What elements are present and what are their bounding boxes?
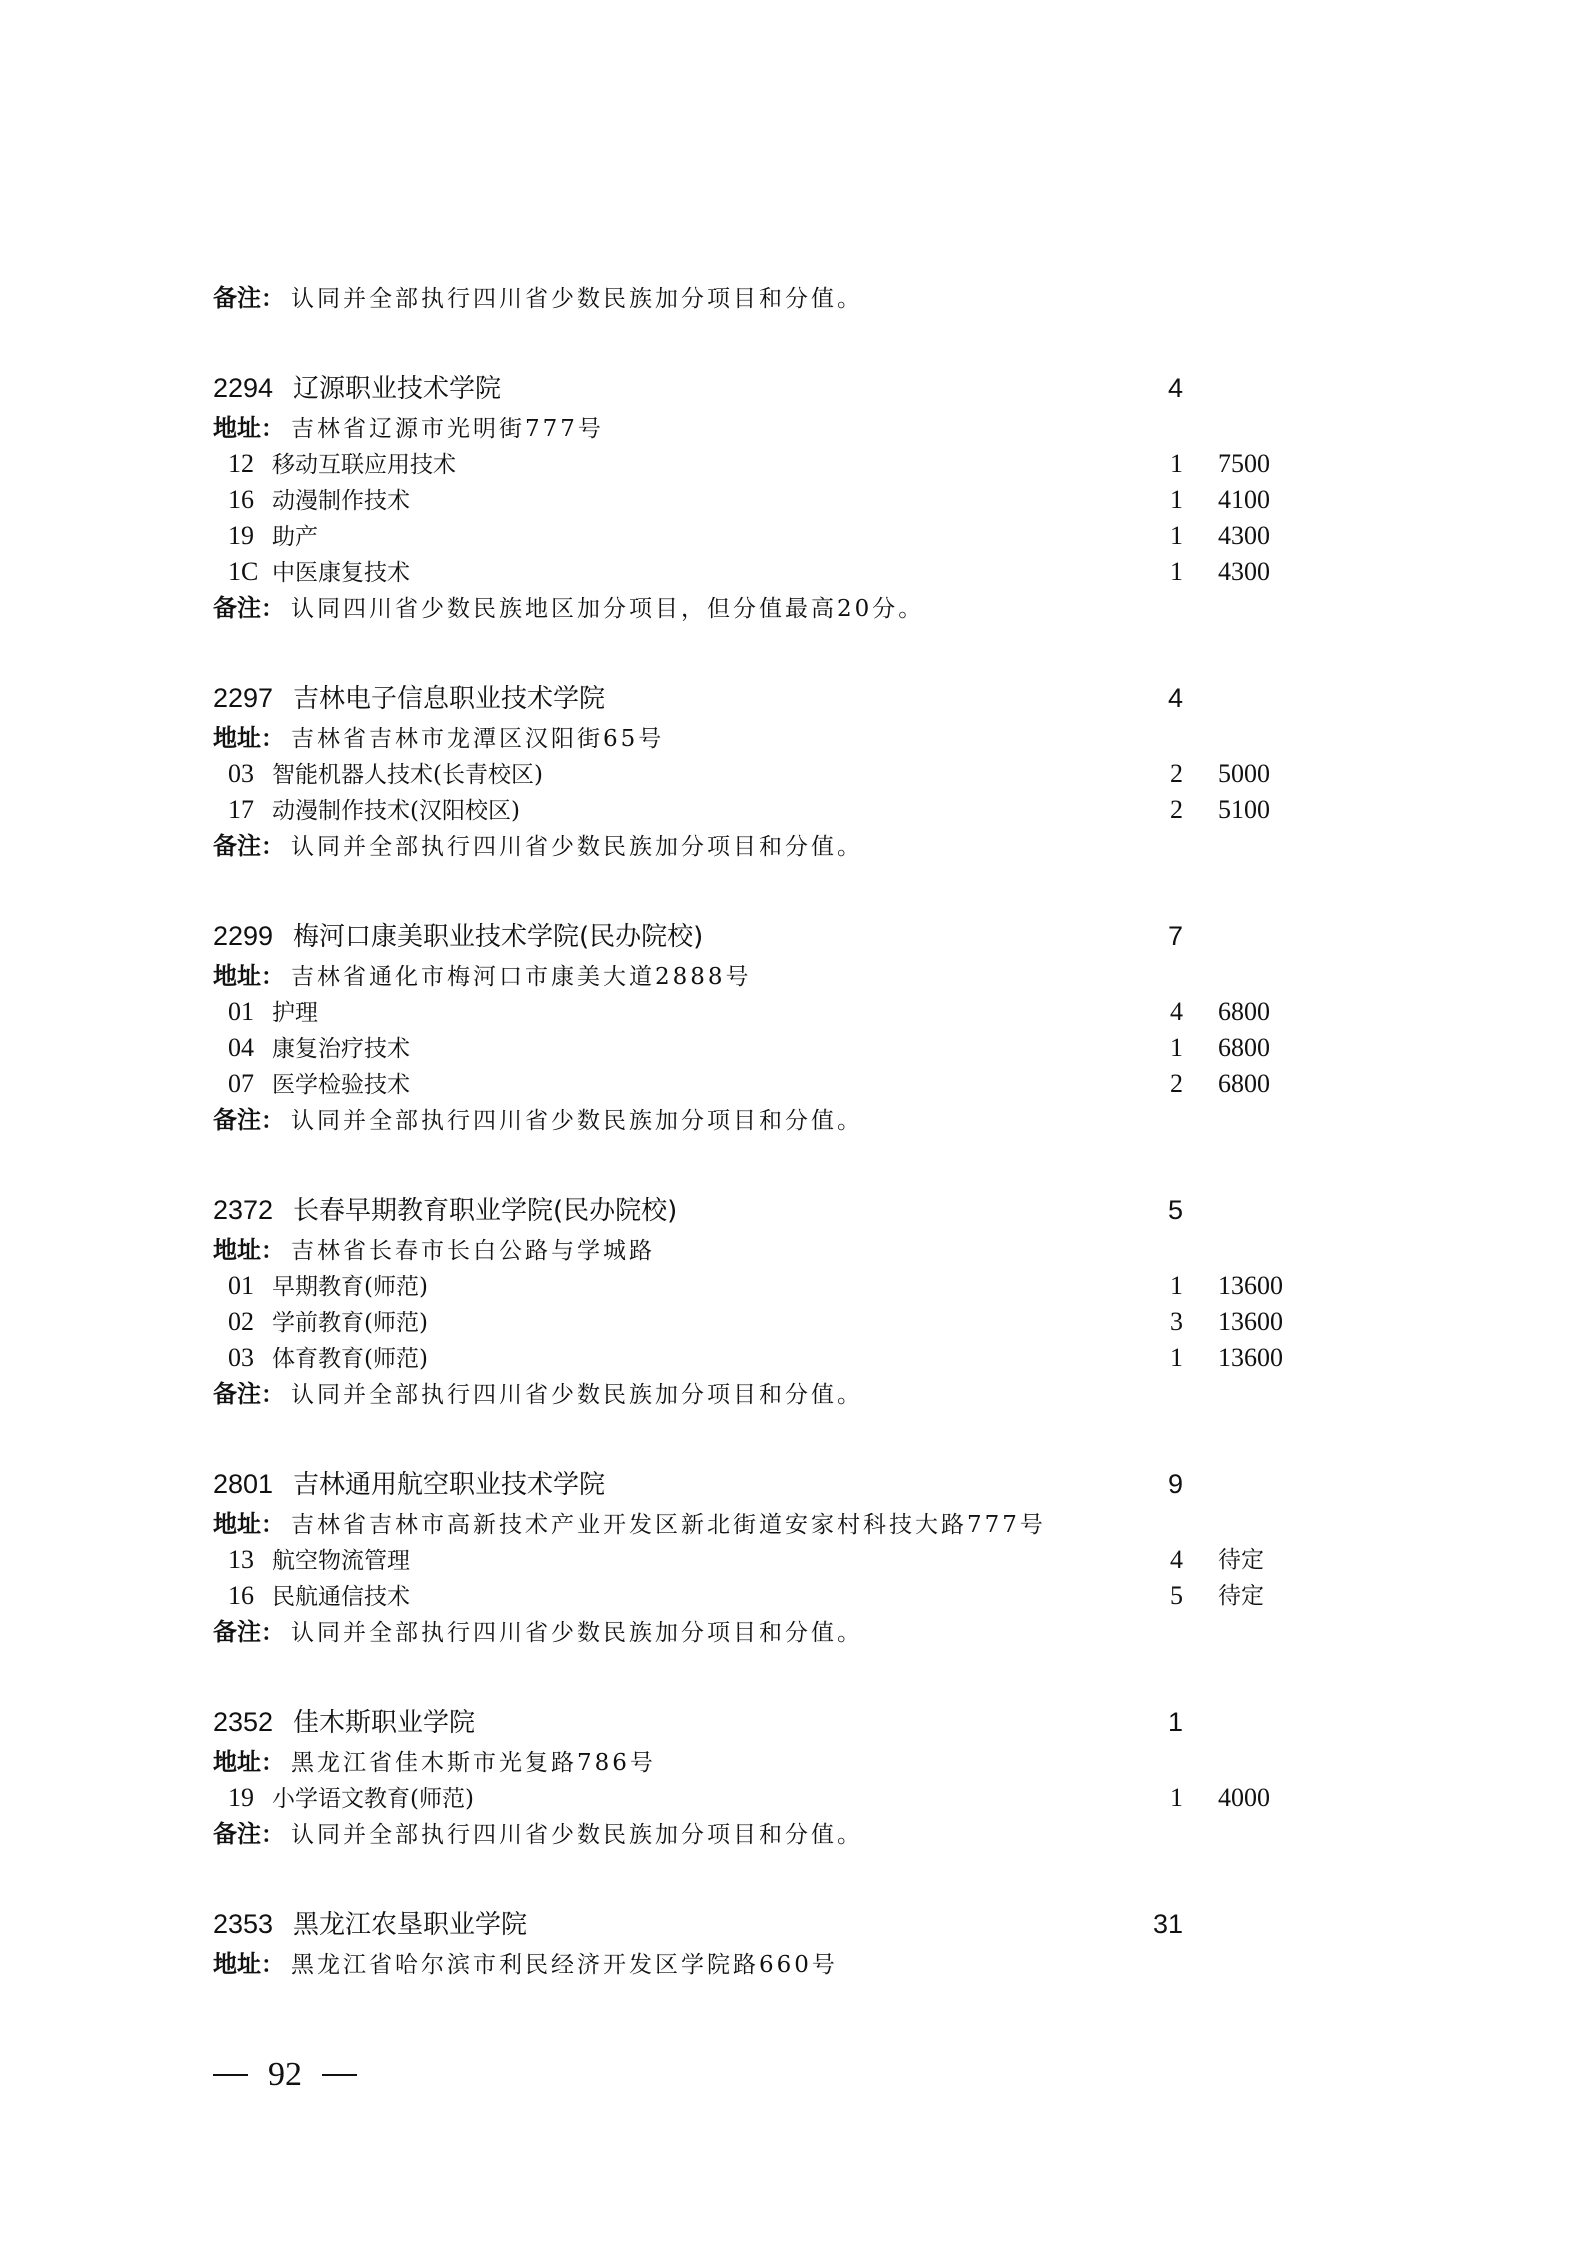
school-quota: 4 (1113, 366, 1183, 410)
address-text: 黑龙江省哈尔滨市利民经济开发区学院路660号 (291, 1952, 838, 1978)
address-label: 地址 (213, 414, 261, 442)
major-name: 早期教育(师范) (272, 1274, 428, 1300)
major-tuition: 5000 (1218, 756, 1270, 792)
major-code: 02 (228, 1304, 272, 1340)
remark-text: 认同并全部执行四川省少数民族加分项目和分值。 (291, 1108, 863, 1134)
major-row: 01护理 4 6800 (213, 994, 1363, 1030)
major-tuition: 6800 (1218, 1066, 1270, 1102)
school-code: 2297 (213, 676, 293, 720)
dash-left (213, 2074, 248, 2076)
major-code: 12 (228, 446, 272, 482)
dash-right (322, 2074, 357, 2076)
colon: ： (261, 726, 287, 752)
colon: ： (261, 834, 287, 860)
major-quota: 1 (1113, 554, 1183, 590)
school-section: 2294辽源职业技术学院 4 地址：吉林省辽源市光明街777号 12移动互联应用… (213, 366, 1363, 626)
major-code: 13 (228, 1542, 272, 1578)
major-code: 17 (228, 792, 272, 828)
address-label: 地址 (213, 1510, 261, 1538)
school-header: 2801吉林通用航空职业技术学院 9 (213, 1462, 1363, 1506)
major-row: 16动漫制作技术 1 4100 (213, 482, 1363, 518)
major-row: 03智能机器人技术(长青校区) 2 5000 (213, 756, 1363, 792)
page-number-value: 92 (268, 2055, 302, 2095)
major-name: 护理 (272, 1000, 318, 1026)
major-name: 民航通信技术 (272, 1584, 410, 1610)
school-header: 2299梅河口康美职业技术学院(民办院校) 7 (213, 914, 1363, 958)
remark-label: 备注 (213, 832, 261, 860)
school-section: 2352佳木斯职业学院 1 地址：黑龙江省佳木斯市光复路786号 19小学语文教… (213, 1700, 1363, 1852)
school-header: 2372长春早期教育职业学院(民办院校) 5 (213, 1188, 1363, 1232)
address-label: 地址 (213, 1236, 261, 1264)
document-page: 备注：认同并全部执行四川省少数民族加分项目和分值。 2294辽源职业技术学院 4… (0, 0, 1587, 2245)
major-name: 中医康复技术 (272, 560, 410, 586)
major-name: 小学语文教育(师范) (272, 1786, 474, 1812)
remark-text: 认同四川省少数民族地区加分项目，但分值最高20分。 (291, 596, 924, 622)
school-quota: 4 (1113, 676, 1183, 720)
remark-line: 备注：认同并全部执行四川省少数民族加分项目和分值。 (213, 1816, 1363, 1852)
school-name: 佳木斯职业学院 (293, 1708, 475, 1738)
colon: ： (261, 1952, 287, 1978)
major-code: 01 (228, 994, 272, 1030)
major-tuition: 4000 (1218, 1780, 1270, 1816)
remark-line: 备注：认同并全部执行四川省少数民族加分项目和分值。 (213, 1102, 1363, 1138)
major-row: 19小学语文教育(师范) 1 4000 (213, 1780, 1363, 1816)
major-quota: 3 (1113, 1304, 1183, 1340)
major-quota: 2 (1113, 792, 1183, 828)
major-quota: 4 (1113, 1542, 1183, 1578)
major-tuition: 7500 (1218, 446, 1270, 482)
major-row: 17动漫制作技术(汉阳校区) 2 5100 (213, 792, 1363, 828)
major-name: 智能机器人技术(长青校区) (272, 762, 543, 788)
major-quota: 2 (1113, 756, 1183, 792)
colon: ： (261, 286, 287, 312)
address-label: 地址 (213, 962, 261, 990)
colon: ： (261, 1512, 287, 1538)
colon: ： (261, 1382, 287, 1408)
colon: ： (261, 1238, 287, 1264)
major-tuition: 6800 (1218, 994, 1270, 1030)
major-quota: 1 (1113, 482, 1183, 518)
address-line: 地址：黑龙江省佳木斯市光复路786号 (213, 1744, 1363, 1780)
school-section: 2297吉林电子信息职业技术学院 4 地址：吉林省吉林市龙潭区汉阳街65号 03… (213, 676, 1363, 864)
remark-label: 备注 (213, 1106, 261, 1134)
major-quota: 1 (1113, 1030, 1183, 1066)
address-text: 黑龙江省佳木斯市光复路786号 (291, 1750, 656, 1776)
school-name: 吉林通用航空职业技术学院 (293, 1470, 605, 1500)
address-label: 地址 (213, 1950, 261, 1978)
major-quota: 1 (1113, 1268, 1183, 1304)
major-tuition: 4300 (1218, 554, 1270, 590)
remark-label: 备注 (213, 1380, 261, 1408)
school-quota: 5 (1113, 1188, 1183, 1232)
address-text: 吉林省通化市梅河口市康美大道2888号 (291, 964, 752, 990)
school-name: 吉林电子信息职业技术学院 (293, 684, 605, 714)
school-code: 2372 (213, 1188, 293, 1232)
major-row: 07医学检验技术 2 6800 (213, 1066, 1363, 1102)
major-quota: 4 (1113, 994, 1183, 1030)
school-section: 2372长春早期教育职业学院(民办院校) 5 地址：吉林省长春市长白公路与学城路… (213, 1188, 1363, 1412)
major-code: 16 (228, 482, 272, 518)
major-name: 动漫制作技术 (272, 488, 410, 514)
major-name: 医学检验技术 (272, 1072, 410, 1098)
major-code: 16 (228, 1578, 272, 1614)
major-name: 学前教育(师范) (272, 1310, 428, 1336)
major-quota: 2 (1113, 1066, 1183, 1102)
address-text: 吉林省吉林市龙潭区汉阳街65号 (291, 726, 664, 752)
remark-line: 备注：认同并全部执行四川省少数民族加分项目和分值。 (213, 280, 1363, 316)
major-tuition: 6800 (1218, 1030, 1270, 1066)
major-row: 1C中医康复技术 1 4300 (213, 554, 1363, 590)
remark-text: 认同并全部执行四川省少数民族加分项目和分值。 (291, 1382, 863, 1408)
address-text: 吉林省吉林市高新技术产业开发区新北街道安家村科技大路777号 (291, 1512, 1046, 1538)
address-line: 地址：吉林省吉林市高新技术产业开发区新北街道安家村科技大路777号 (213, 1506, 1363, 1542)
major-name: 助产 (272, 524, 318, 550)
remark-line: 备注：认同四川省少数民族地区加分项目，但分值最高20分。 (213, 590, 1363, 626)
major-row: 02学前教育(师范) 3 13600 (213, 1304, 1363, 1340)
major-code: 19 (228, 1780, 272, 1816)
major-quota: 5 (1113, 1578, 1183, 1614)
major-name: 体育教育(师范) (272, 1346, 428, 1372)
major-tuition: 13600 (1218, 1340, 1283, 1376)
major-row: 04康复治疗技术 1 6800 (213, 1030, 1363, 1066)
school-header: 2297吉林电子信息职业技术学院 4 (213, 676, 1363, 720)
major-code: 03 (228, 1340, 272, 1376)
major-row: 03体育教育(师范) 1 13600 (213, 1340, 1363, 1376)
colon: ： (261, 1750, 287, 1776)
major-code: 07 (228, 1066, 272, 1102)
school-name: 辽源职业技术学院 (293, 374, 501, 404)
remark-text: 认同并全部执行四川省少数民族加分项目和分值。 (291, 286, 863, 312)
address-label: 地址 (213, 1748, 261, 1776)
major-code: 03 (228, 756, 272, 792)
school-quota: 9 (1113, 1462, 1183, 1506)
remark-line: 备注：认同并全部执行四川省少数民族加分项目和分值。 (213, 1376, 1363, 1412)
address-line: 地址：吉林省辽源市光明街777号 (213, 410, 1363, 446)
major-quota: 1 (1113, 1780, 1183, 1816)
major-row: 19助产 1 4300 (213, 518, 1363, 554)
address-label: 地址 (213, 724, 261, 752)
major-name: 航空物流管理 (272, 1548, 410, 1574)
major-tuition: 待定 (1218, 1578, 1264, 1614)
major-tuition: 4300 (1218, 518, 1270, 554)
address-line: 地址：吉林省吉林市龙潭区汉阳街65号 (213, 720, 1363, 756)
colon: ： (261, 596, 287, 622)
school-quota: 31 (1113, 1902, 1183, 1946)
colon: ： (261, 1822, 287, 1848)
school-header: 2353黑龙江农垦职业学院 31 (213, 1902, 1363, 1946)
school-name: 梅河口康美职业技术学院(民办院校) (293, 922, 703, 952)
remark-line: 备注：认同并全部执行四川省少数民族加分项目和分值。 (213, 1614, 1363, 1650)
colon: ： (261, 1108, 287, 1134)
remark-label: 备注 (213, 1618, 261, 1646)
school-code: 2299 (213, 914, 293, 958)
school-quota: 1 (1113, 1700, 1183, 1744)
remark-text: 认同并全部执行四川省少数民族加分项目和分值。 (291, 1620, 863, 1646)
major-name: 移动互联应用技术 (272, 452, 456, 478)
admissions-listing: 备注：认同并全部执行四川省少数民族加分项目和分值。 2294辽源职业技术学院 4… (213, 280, 1363, 1982)
major-tuition: 4100 (1218, 482, 1270, 518)
page-number: 92 (213, 2055, 357, 2095)
school-code: 2353 (213, 1902, 293, 1946)
address-line: 地址：吉林省通化市梅河口市康美大道2888号 (213, 958, 1363, 994)
major-code: 19 (228, 518, 272, 554)
address-text: 吉林省辽源市光明街777号 (291, 416, 604, 442)
address-line: 地址：黑龙江省哈尔滨市利民经济开发区学院路660号 (213, 1946, 1363, 1982)
remark-label: 备注 (213, 284, 261, 312)
major-tuition: 13600 (1218, 1268, 1283, 1304)
colon: ： (261, 1620, 287, 1646)
school-name: 长春早期教育职业学院(民办院校) (293, 1196, 677, 1226)
school-code: 2294 (213, 366, 293, 410)
colon: ： (261, 964, 287, 990)
remark-line: 备注：认同并全部执行四川省少数民族加分项目和分值。 (213, 828, 1363, 864)
major-tuition: 13600 (1218, 1304, 1283, 1340)
major-quota: 1 (1113, 1340, 1183, 1376)
remark-text: 认同并全部执行四川省少数民族加分项目和分值。 (291, 834, 863, 860)
school-code: 2801 (213, 1462, 293, 1506)
major-row: 01早期教育(师范) 1 13600 (213, 1268, 1363, 1304)
school-section: 2801吉林通用航空职业技术学院 9 地址：吉林省吉林市高新技术产业开发区新北街… (213, 1462, 1363, 1650)
school-quota: 7 (1113, 914, 1183, 958)
school-name: 黑龙江农垦职业学院 (293, 1910, 527, 1940)
major-name: 动漫制作技术(汉阳校区) (272, 798, 520, 824)
major-row: 12移动互联应用技术 1 7500 (213, 446, 1363, 482)
school-code: 2352 (213, 1700, 293, 1744)
remark-label: 备注 (213, 594, 261, 622)
major-code: 1C (228, 554, 272, 590)
remark-label: 备注 (213, 1820, 261, 1848)
major-row: 16民航通信技术 5 待定 (213, 1578, 1363, 1614)
remark-text: 认同并全部执行四川省少数民族加分项目和分值。 (291, 1822, 863, 1848)
school-section: 2353黑龙江农垦职业学院 31 地址：黑龙江省哈尔滨市利民经济开发区学院路66… (213, 1902, 1363, 1982)
major-code: 01 (228, 1268, 272, 1304)
major-row: 13航空物流管理 4 待定 (213, 1542, 1363, 1578)
major-name: 康复治疗技术 (272, 1036, 410, 1062)
school-header: 2294辽源职业技术学院 4 (213, 366, 1363, 410)
address-line: 地址：吉林省长春市长白公路与学城路 (213, 1232, 1363, 1268)
major-code: 04 (228, 1030, 272, 1066)
address-text: 吉林省长春市长白公路与学城路 (291, 1238, 655, 1264)
major-quota: 1 (1113, 518, 1183, 554)
school-header: 2352佳木斯职业学院 1 (213, 1700, 1363, 1744)
major-tuition: 5100 (1218, 792, 1270, 828)
major-quota: 1 (1113, 446, 1183, 482)
major-tuition: 待定 (1218, 1542, 1264, 1578)
colon: ： (261, 416, 287, 442)
school-section: 2299梅河口康美职业技术学院(民办院校) 7 地址：吉林省通化市梅河口市康美大… (213, 914, 1363, 1138)
